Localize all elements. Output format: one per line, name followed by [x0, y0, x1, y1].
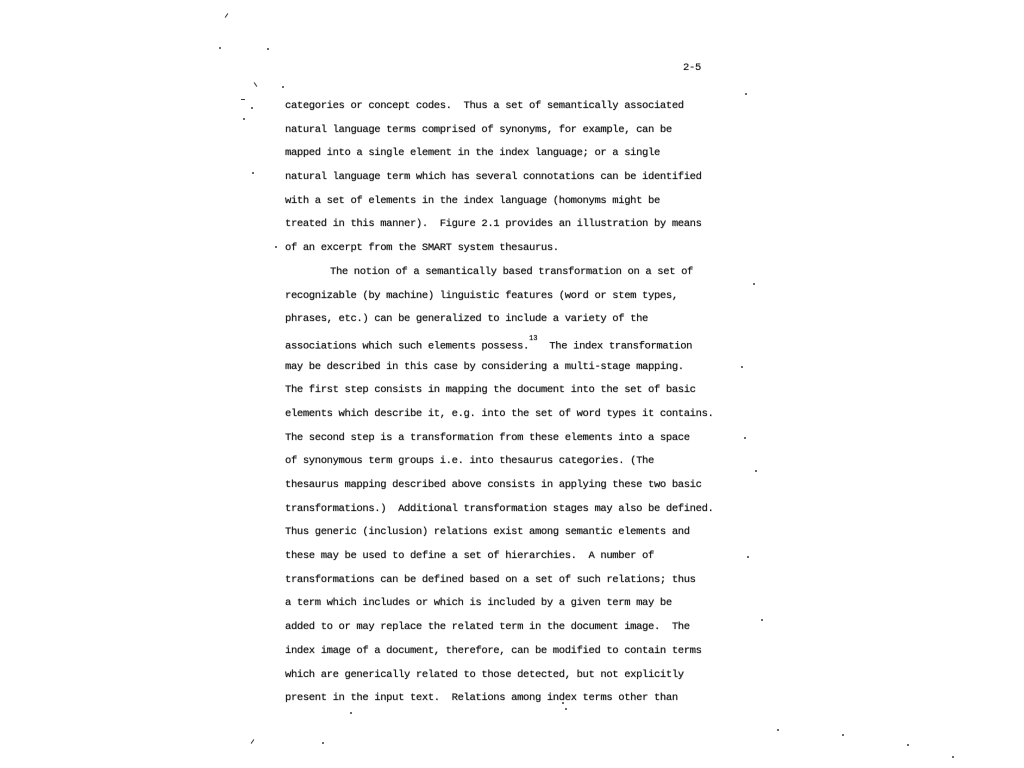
text-line: with a set of elements in the index lang… [285, 190, 735, 214]
text-line: natural language terms comprised of syno… [285, 119, 735, 143]
text-line: The notion of a semantically based trans… [285, 261, 735, 285]
text-line: present in the input text. Relations amo… [285, 687, 735, 711]
scan-speck [275, 246, 277, 248]
scan-speck [225, 13, 229, 18]
text-line: natural language term which has several … [285, 166, 735, 190]
scan-speck [350, 712, 352, 714]
scan-speck [565, 708, 567, 710]
text-line: The first step consists in mapping the d… [285, 379, 735, 403]
scan-speck [282, 86, 284, 88]
text-line: which are generically related to those d… [285, 664, 735, 688]
document-text: categories or concept codes. Thus a set … [285, 95, 735, 711]
text-line: a term which includes or which is includ… [285, 592, 735, 616]
scan-speck [777, 729, 779, 731]
text-line: recognizable (by machine) linguistic fea… [285, 285, 735, 309]
text-line: of synonymous term groups i.e. into thes… [285, 450, 735, 474]
text-line: index image of a document, therefore, ca… [285, 640, 735, 664]
scan-speck [252, 172, 254, 174]
scan-speck [251, 739, 255, 744]
scan-speck [251, 107, 253, 109]
text-line: thesaurus mapping described above consis… [285, 474, 735, 498]
scan-speck [907, 744, 909, 746]
text-line: transformations can be defined based on … [285, 569, 735, 593]
text-line: added to or may replace the related term… [285, 616, 735, 640]
scanned-document-page: 2-5 categories or concept codes. Thus a … [0, 0, 1024, 768]
text-line: transformations.) Additional transformat… [285, 498, 735, 522]
scan-speck [562, 702, 564, 704]
text-line: associations which such elements possess… [285, 332, 735, 356]
scan-speck [267, 48, 269, 50]
text-line: categories or concept codes. Thus a set … [285, 95, 735, 119]
scan-speck [219, 47, 221, 49]
scan-speck [761, 619, 763, 621]
text-line: elements which describe it, e.g. into th… [285, 403, 735, 427]
scan-speck [243, 118, 245, 120]
scan-speck [744, 437, 746, 439]
text-line: of an excerpt from the SMART system thes… [285, 237, 735, 261]
footnote-reference: 13 [529, 335, 537, 343]
text-line: these may be used to define a set of hie… [285, 545, 735, 569]
text-line: treated in this manner). Figure 2.1 prov… [285, 213, 735, 237]
scan-speck [842, 734, 844, 736]
scan-speck [753, 283, 755, 285]
text-line: may be described in this case by conside… [285, 356, 735, 380]
text-line: mapped into a single element in the inde… [285, 142, 735, 166]
scan-speck [755, 470, 757, 472]
scan-speck [952, 756, 954, 758]
text-line: The second step is a transformation from… [285, 427, 735, 451]
scan-speck [241, 99, 245, 100]
text-line: phrases, etc.) can be generalized to inc… [285, 308, 735, 332]
scan-speck [741, 366, 743, 368]
scan-speck [254, 82, 258, 87]
scan-speck [322, 742, 324, 744]
text-line: Thus generic (inclusion) relations exist… [285, 521, 735, 545]
scan-speck [747, 556, 749, 558]
scan-speck [745, 93, 747, 95]
page-number: 2-5 [683, 62, 701, 74]
